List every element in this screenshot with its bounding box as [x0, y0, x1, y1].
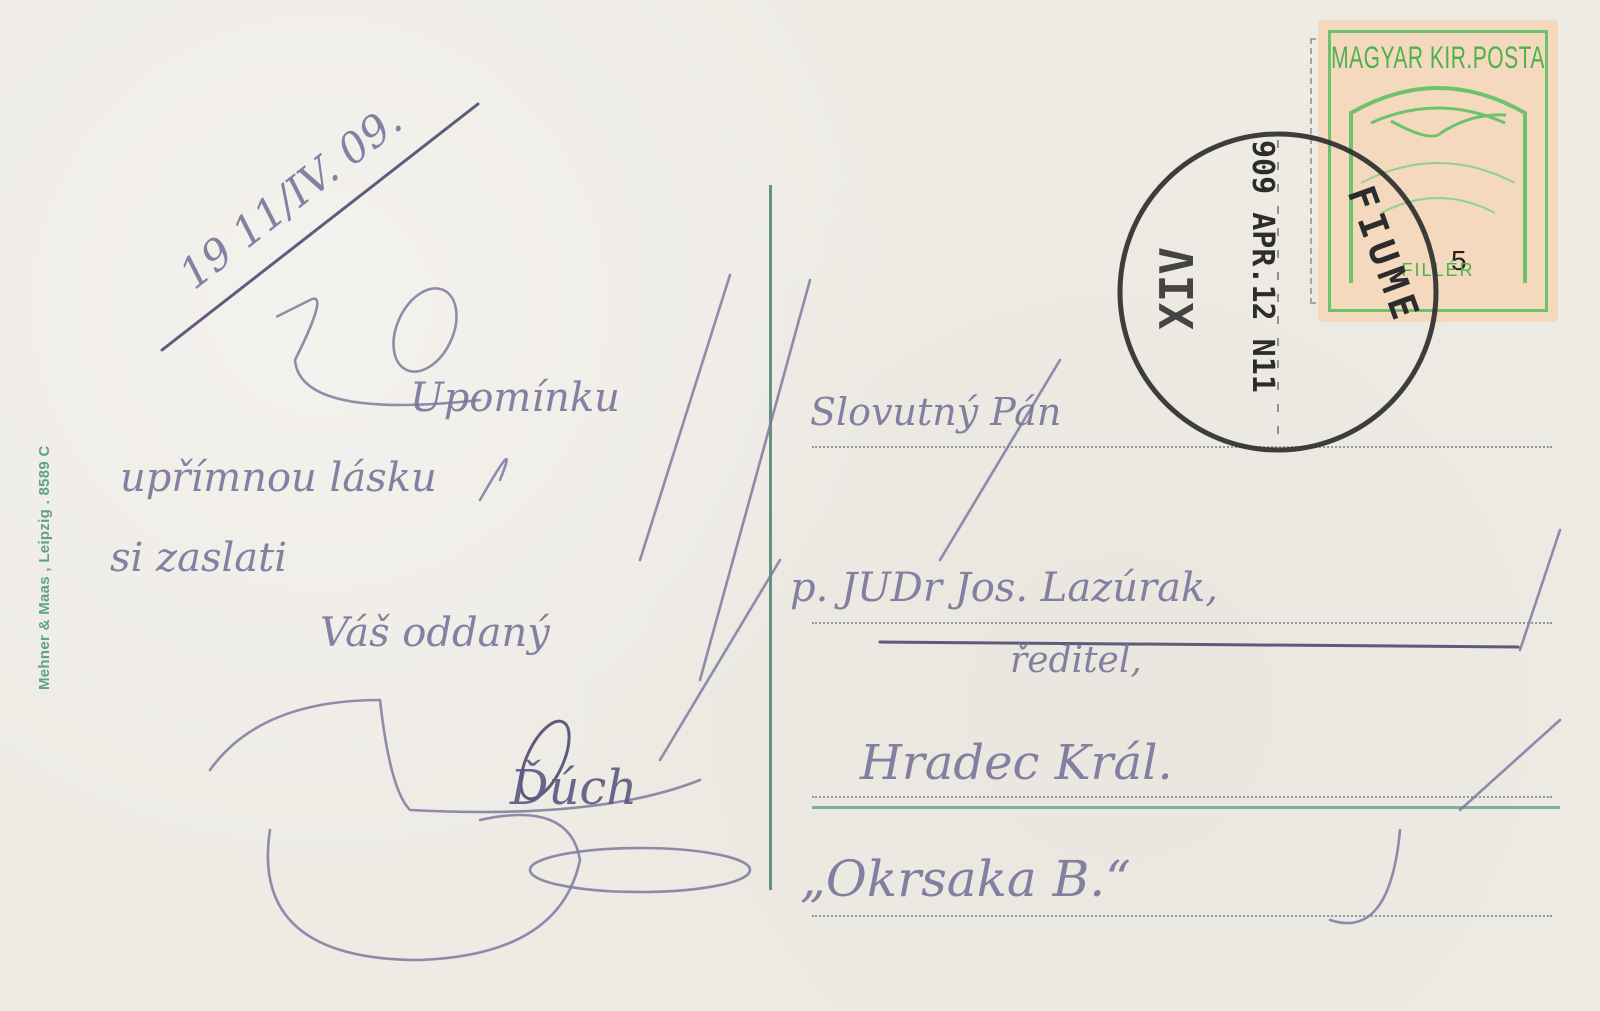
- address-line-1-text: Slovutný Pán: [810, 390, 1061, 434]
- message-line-2: upřímnou lásku: [120, 455, 437, 501]
- postmark-code: XIV: [1150, 247, 1204, 330]
- signature: Ďúch: [510, 760, 637, 816]
- message-line-4: Váš oddaný: [320, 610, 550, 656]
- name-underline-stroke: [880, 642, 1518, 647]
- address-line-2-text: p. JUDr Jos. Lazúrak,: [790, 565, 1218, 611]
- message-line-3: si zaslati: [110, 535, 287, 581]
- address-line-5-text: „Okrsaka B.“: [800, 850, 1131, 908]
- message-line-1: Upomínku: [410, 375, 620, 421]
- address-line-4-text: Hradec Král.: [860, 735, 1173, 791]
- address-line-3-text: ředitel,: [1010, 640, 1142, 681]
- postcard-back: Mehner & Maas , Leipzig . 8589 C MAGYAR …: [0, 0, 1600, 1011]
- postmark-date: 909 APR.12 N11: [1245, 140, 1280, 393]
- date-underline-stroke: [162, 104, 478, 350]
